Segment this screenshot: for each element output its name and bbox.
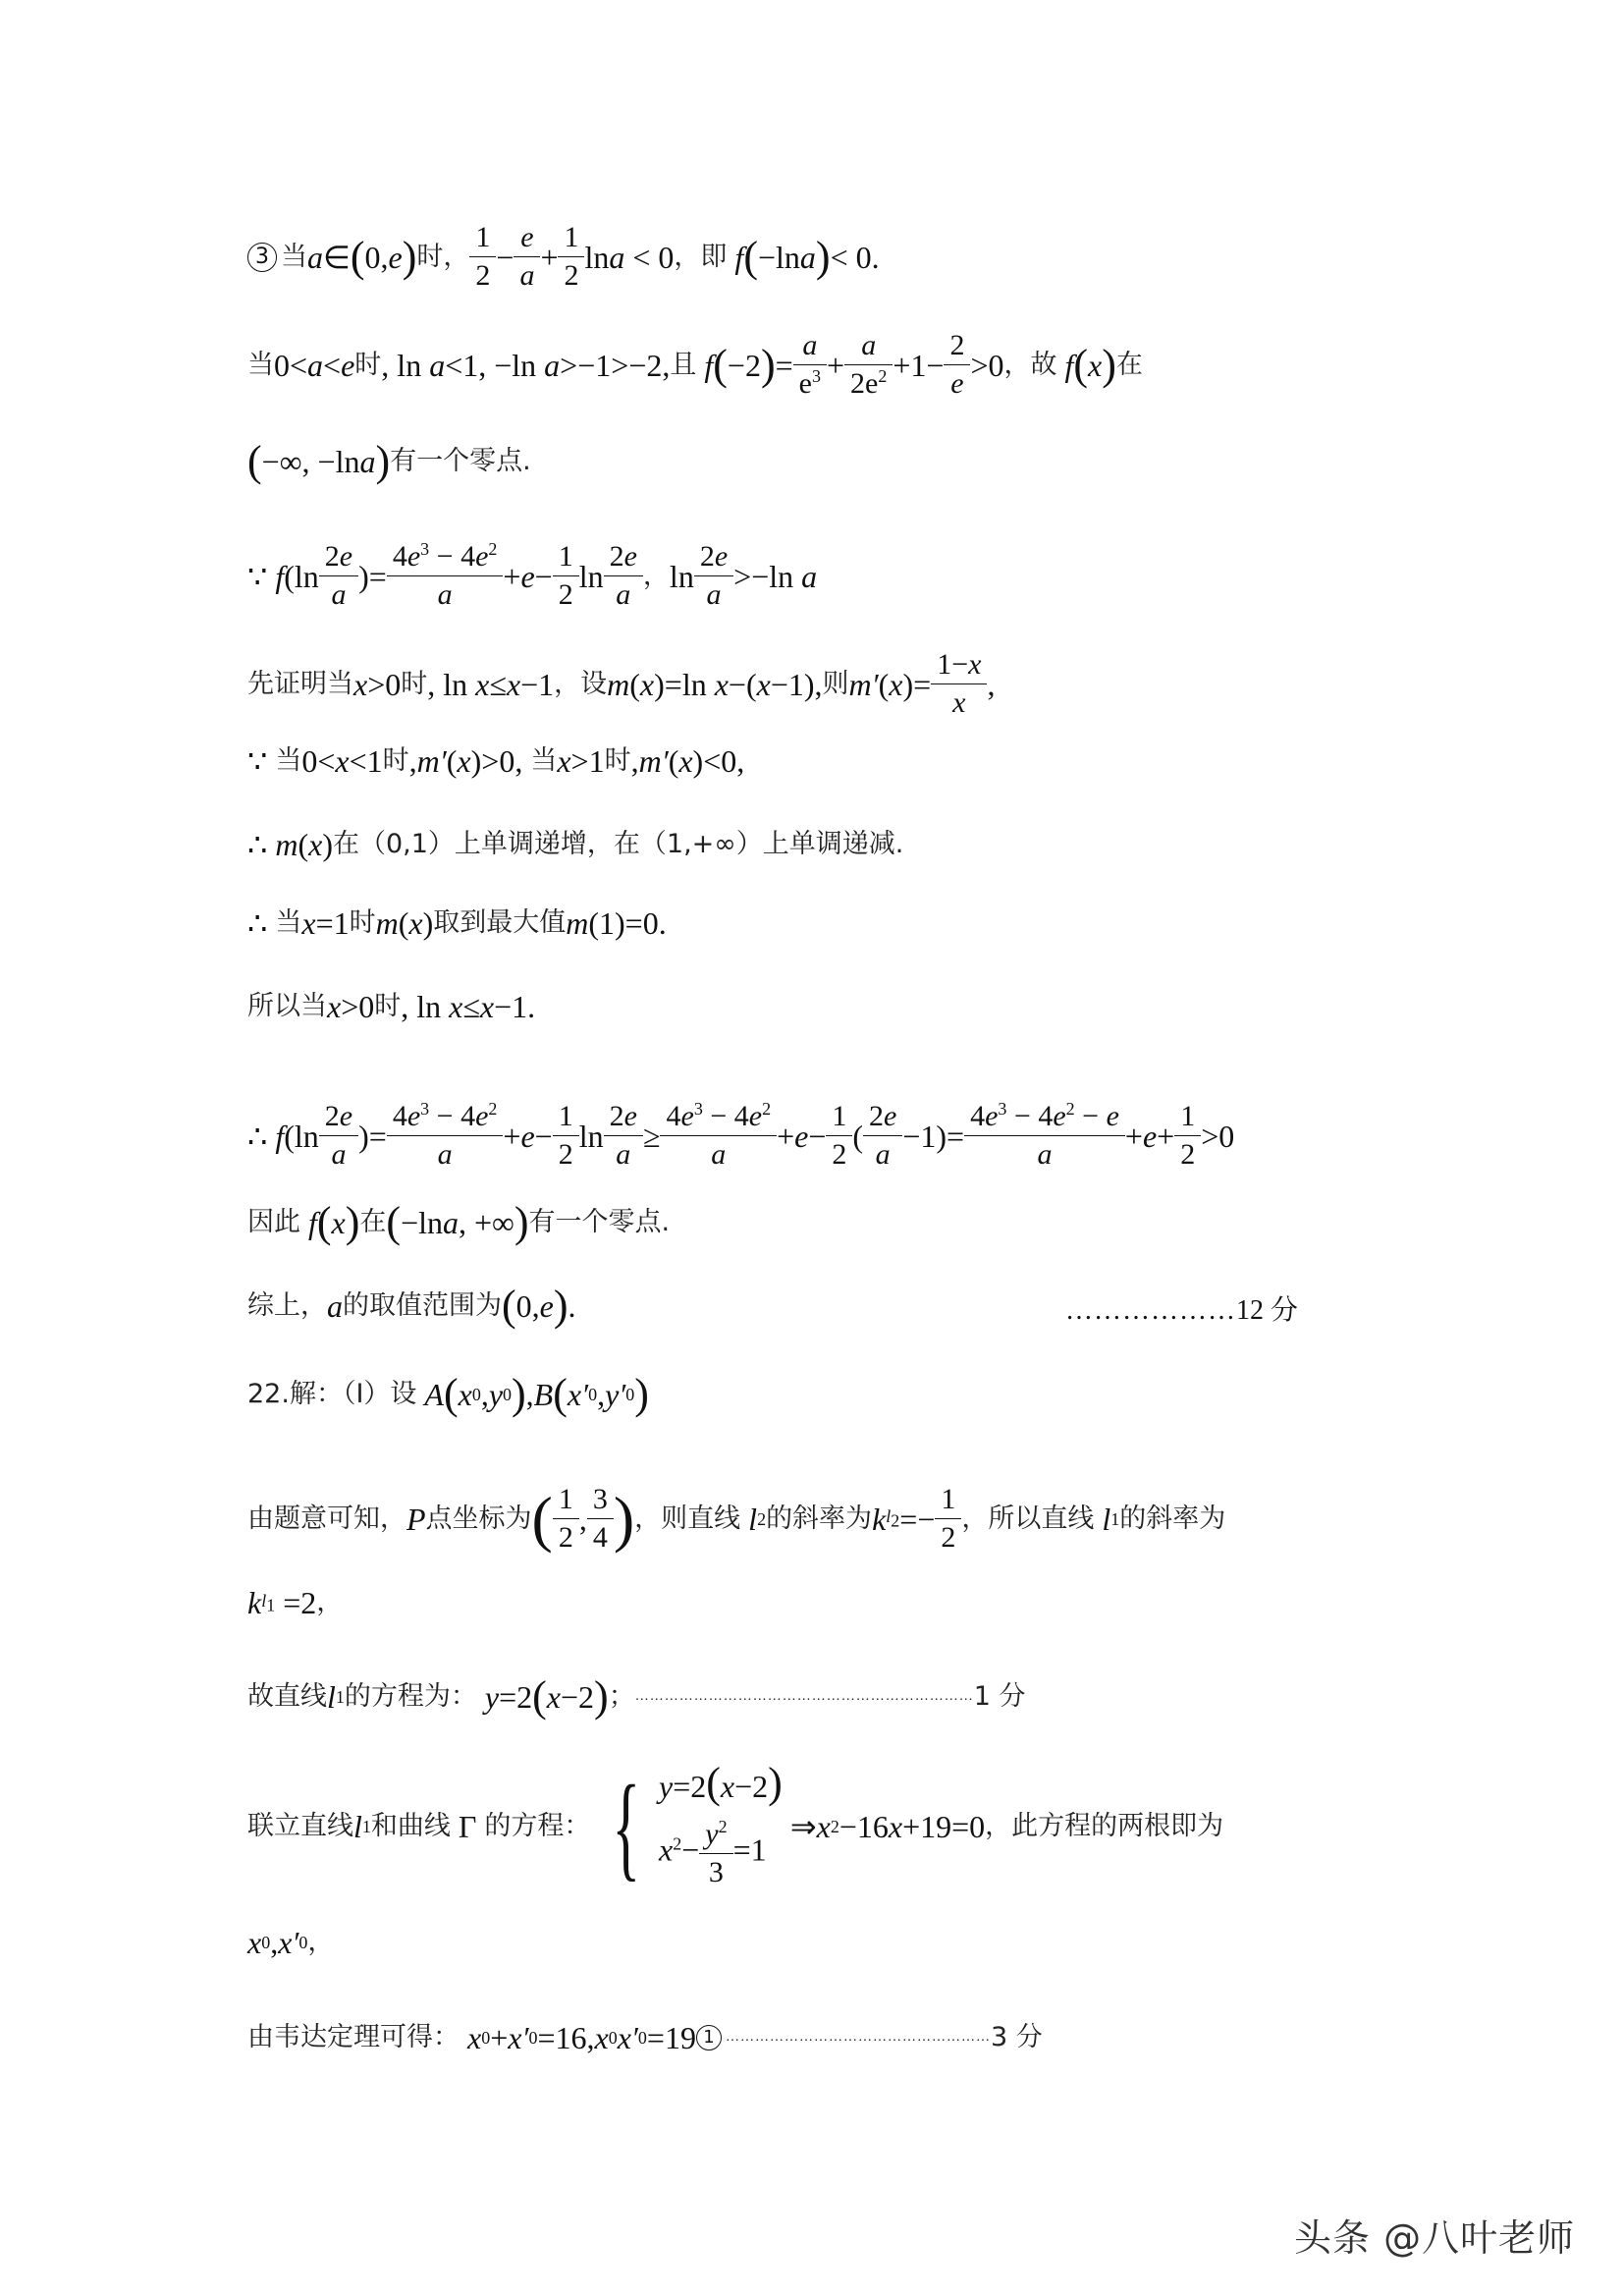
solution-line-1: 3 当 a∈(0,e) 时， 12− ea+ 12lna < 0 ，即 f(−l…	[247, 221, 880, 293]
solution-line-9: 所以当 x>0时 , ln x≤x−1.	[247, 987, 535, 1026]
solution-line-6: ∵ 当 0<x<1时 ,m′(x)>0, 当 x>1时 ,m′(x)<0,	[247, 741, 744, 781]
solution-line-19: 由韦达定理可得： x0+x′0=16, x0x′0=19 1 …………………………	[247, 2018, 1043, 2057]
solution-line-2: 当 0<a<e 时 , ln a<1, −ln a>−1>−2, 且 f(−2)…	[247, 329, 1143, 401]
score-marker-12: ………………12 分	[1065, 1288, 1298, 1328]
solution-line-14: 由题意可知， P 点坐标为 (12,34) ，则直线 l2 的斜率为 kl2=−…	[247, 1483, 1225, 1555]
solution-line-12: 综上， a 的取值范围为 (0,e).	[247, 1286, 576, 1326]
circled-number-1: 1	[696, 2025, 722, 2050]
solution-line-7: ∴ m(x) 在（0,1）上单调递增，在（1,+∞）上单调递减.	[247, 825, 903, 864]
equation-system: { y=2(x−2) x2−y23=1	[598, 1764, 782, 1889]
watermark: 头条 @八叶老师	[1294, 2208, 1575, 2262]
circled-number-3: 3	[247, 243, 277, 272]
solution-line-4: ∵ f(ln 2ea)= 4e3 − 4e2a +e− 12ln 2ea ， l…	[247, 540, 817, 612]
solution-line-17: 联立直线 l1 和曲线 Γ 的方程： { y=2(x−2) x2−y23=1 ⇒…	[247, 1758, 1223, 1895]
solution-line-10: ∴ f(ln 2ea)= 4e3 − 4e2a +e− 12ln 2ea≥ 4e…	[247, 1100, 1234, 1172]
solution-line-11: 因此 f(x) 在 (−lna, +∞) 有一个零点.	[247, 1203, 670, 1242]
solution-line-16: 故直线 l1 的方程为： y=2(x−2)； ………………………………………………	[247, 1677, 1025, 1717]
solution-line-8: ∴ 当 x=1时 m(x) 取到最大值 m(1)=0.	[247, 903, 667, 943]
solution-line-3: (−∞, −lna) 有一个零点.	[247, 442, 531, 481]
solution-line-18: x0,x′0 ，	[247, 1923, 334, 1962]
solution-line-5: 先证明当 x>0时 , ln x≤x−1 ，设 m(x)=ln x−(x−1),…	[247, 648, 995, 720]
solution-line-15: kl1 =2 ，	[247, 1583, 343, 1622]
question-22-heading: 22.解：（I）设 A(x0,y0), B(x′0,y′0)	[247, 1375, 649, 1414]
